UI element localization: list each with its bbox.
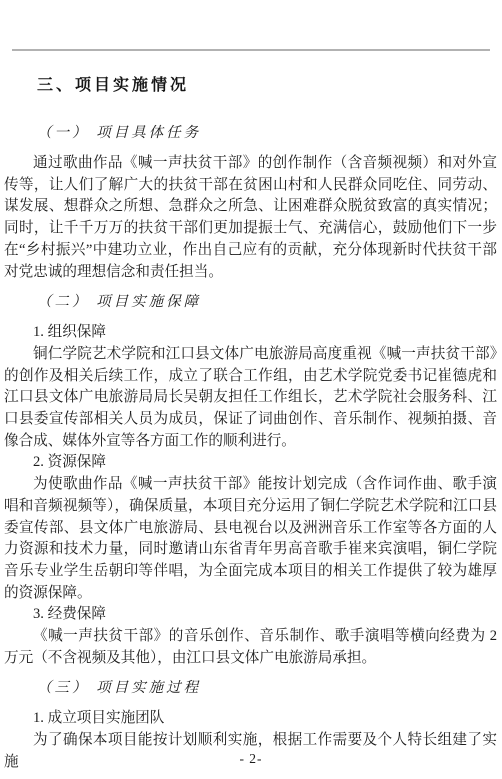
section-heading-1: （一） 项目具体任务 (4, 123, 497, 143)
document-page: 三、项目实施情况 （一） 项目具体任务 通过歌曲作品《喊一声扶贫干部》的创作制作… (0, 0, 502, 779)
body-paragraph: 铜仁学院艺术学院和江口县文体广电旅游局高度重视《喊一声扶贫干部》的创作及相关后续… (4, 344, 497, 453)
section-heading-3: （三） 项目实施过程 (4, 678, 497, 698)
body-paragraph: 为使歌曲作品《喊一声扶贫干部》能按计划完成（含作词作曲、歌手演唱和音频视频等），… (4, 474, 497, 604)
chapter-title: 三、项目实施情况 (4, 75, 497, 96)
section-heading-2: （二） 项目实施保障 (4, 292, 497, 312)
subsection-heading-organization: 1. 组织保障 (4, 322, 497, 344)
body-paragraph: 通过歌曲作品《喊一声扶贫干部》的创作制作（含音频视频）和对外宣传等，让人们了解广… (4, 153, 497, 283)
page-number: - 2- (0, 751, 502, 767)
body-paragraph: 《喊一声扶贫干部》的音乐创作、音乐制作、歌手演唱等横向经费为 2 万元（不含视频… (4, 626, 497, 669)
header-rule (12, 49, 490, 51)
subsection-heading-team: 1. 成立项目实施团队 (4, 708, 497, 730)
subsection-heading-funding: 3. 经费保障 (4, 604, 497, 626)
subsection-heading-resources: 2. 资源保障 (4, 452, 497, 474)
